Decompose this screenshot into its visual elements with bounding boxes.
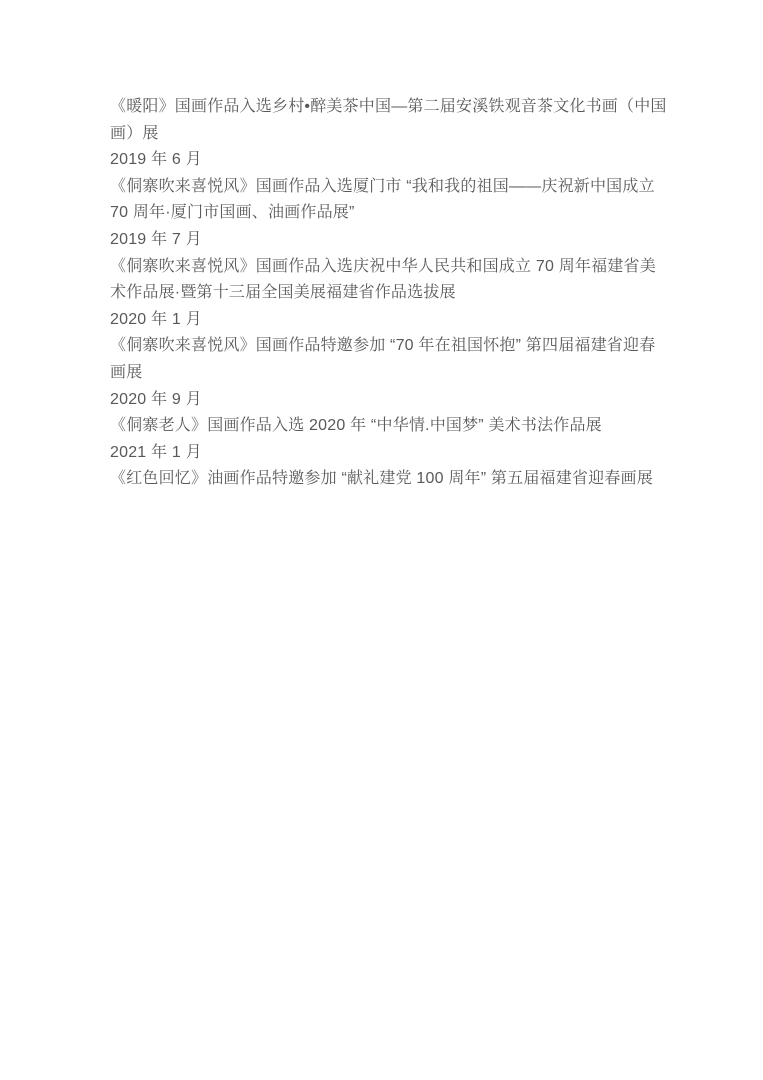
document-page: 《暖阳》国画作品入选乡村•醉美茶中国—第二届安溪铁观音茶文化书画（中国 画）展 …	[0, 0, 763, 1080]
date-line: 2020 年 9 月	[110, 387, 670, 414]
date-line: 2019 年 7 月	[110, 227, 670, 254]
exhibition-history-text: 《暖阳》国画作品入选乡村•醉美茶中国—第二届安溪铁观音茶文化书画（中国 画）展 …	[110, 94, 670, 493]
entry-description-line: 《暖阳》国画作品入选乡村•醉美茶中国—第二届安溪铁观音茶文化书画（中国	[110, 94, 670, 121]
entry-description-line: 《侗寨吹来喜悦风》国画作品入选厦门市 “我和我的祖国——庆祝新中国成立	[110, 174, 670, 201]
entry-description-line: 画）展	[110, 121, 670, 148]
entry-description-line: 《红色回忆》油画作品特邀参加 “献礼建党 100 周年” 第五届福建省迎春画展	[110, 466, 670, 493]
entry-description-line: 《侗寨吹来喜悦风》国画作品入选庆祝中华人民共和国成立 70 周年福建省美	[110, 254, 670, 281]
date-line: 2021 年 1 月	[110, 440, 670, 467]
entry-description-line: 画展	[110, 360, 670, 387]
entry-description-line: 《侗寨吹来喜悦风》国画作品特邀参加 “70 年在祖国怀抱” 第四届福建省迎春	[110, 333, 670, 360]
entry-description-line: 70 周年·厦门市国画、油画作品展”	[110, 200, 670, 227]
entry-description-line: 《侗寨老人》国画作品入选 2020 年 “中华情.中国梦” 美术书法作品展	[110, 413, 670, 440]
entry-description-line: 术作品展·暨第十三届全国美展福建省作品选拔展	[110, 280, 670, 307]
date-line: 2020 年 1 月	[110, 307, 670, 334]
date-line: 2019 年 6 月	[110, 147, 670, 174]
